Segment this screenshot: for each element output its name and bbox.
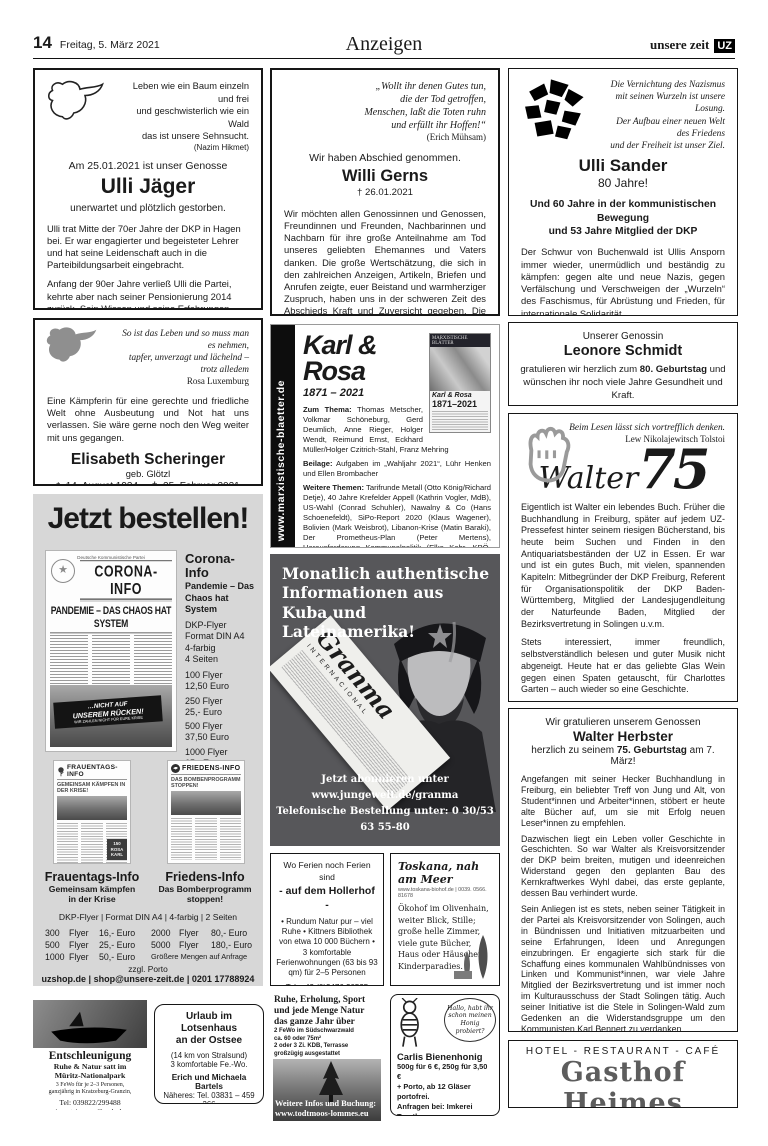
ad-title: Ruhe, Erholung, Sport und jede Menge Nat…: [274, 995, 380, 1027]
greeting-paragraph: Eigentlich ist Walter ein lebendes Buch.…: [521, 502, 725, 631]
entschleunigung-ad: Entschleunigung Ruhe & Natur satt im Mür…: [33, 1000, 147, 1110]
greeting-paragraph: Der Schwur von Buchenwald ist Ullis Ansp…: [521, 246, 725, 316]
ad-category-line: HOTEL - RESTAURANT - CAFÉ: [517, 1046, 729, 1057]
price-amount: 25,- Euro: [99, 940, 135, 950]
ad-phone: Tel: +43 (0)3476 20525: [276, 983, 378, 986]
flyer-masthead: FRIEDENS-INFO: [182, 765, 240, 772]
deceased-name: Willi Gerns: [284, 167, 486, 186]
dkp-star-logo-icon: ★: [51, 559, 75, 583]
heading-line: Monatlich authentische: [282, 564, 500, 583]
vertical-url: www.marxistische-blaetter.de: [275, 380, 287, 541]
ad-body-line: weiter Blick, Stille;: [398, 915, 492, 927]
order-detail: DKP-Flyer: [185, 620, 257, 631]
magazine-cover-thumbnail: MARXISTISCHE BLÄTTER Karl & Rosa 1871–20…: [429, 333, 491, 433]
format-line: DKP-Flyer | Format DIN A4 | 4-farbig | 2…: [33, 912, 263, 922]
ad-detail-line: 500g für 6 €, 250g für 3,50 €: [397, 1062, 493, 1082]
greeting-walter-herbster: Wir gratulieren unserem Genossen Walter …: [508, 708, 738, 1032]
price-qty: 1000: [45, 952, 69, 964]
jubilar-name: Leonore Schmidt: [517, 343, 729, 359]
flyer-subtitle: stoppen!: [151, 894, 259, 904]
price-amount: 37,50 Euro: [185, 732, 257, 743]
price-qty: 300: [45, 928, 69, 940]
price-unit: Flyer: [179, 928, 211, 940]
paper-masthead: unsere zeitUZ: [650, 36, 735, 54]
granma-ad: Monatlich authentische Informationen aus…: [270, 554, 500, 846]
greeting-paragraph: Stets interessiert, immer freundlich, se…: [521, 637, 725, 695]
todtmoos-ad: Ruhe, Erholung, Sport und jede Menge Nat…: [270, 992, 384, 1124]
jubilee-bold-lines: Und 60 Jahre in der kommunistischen Bewe…: [521, 198, 725, 238]
bold-line: Und 60 Jahre in der kommunistischen Bewe…: [521, 198, 725, 225]
protest-banner: …NICHT AUF UNSEREM RÜCKEN! WIR ZAHLEN NI…: [53, 695, 163, 728]
order-detail: 4 Seiten: [185, 654, 257, 665]
price-qty: 100 Flyer: [185, 670, 257, 681]
peace-dove-icon: [43, 78, 107, 128]
order-heading: Corona-Info: [185, 552, 257, 579]
ad-email: joergtrinogga@web.de: [33, 1107, 147, 1110]
price-pair: 500 Flyer37,50 Euro: [185, 721, 257, 744]
obituary-willi-gerns: „Wollt ihr denen Gutes tun, die der Tod …: [270, 68, 500, 316]
cover-collage: [430, 347, 490, 391]
price-qty: 1000 Flyer: [185, 747, 257, 758]
quote-line: und geschwisterlich wie ein Wald: [125, 105, 249, 130]
greeting-leonore-schmidt: Unserer Genossin Leonore Schmidt gratuli…: [508, 322, 738, 406]
ad-title: an der Ostsee: [159, 1035, 259, 1047]
ad-subtitle: Ruhe & Natur satt im: [33, 1062, 147, 1071]
quote-line: Menschen, laßt die Toten ruhn: [284, 106, 486, 119]
price-note: Größere Mengen auf Anfrage: [151, 952, 259, 962]
page-header: 14Freitag, 5. März 2021 Anzeigen unsere …: [33, 33, 735, 56]
price-table-left: 300Flyer16,- Euro 500Flyer25,- Euro 1000…: [45, 928, 145, 964]
boat-silhouette-icon: [41, 1010, 137, 1046]
ad-phone: Tel: 039822/299488: [33, 1098, 147, 1107]
entschleunigung-text: Entschleunigung Ruhe & Natur satt im Mür…: [33, 1050, 147, 1110]
gerns-quote: „Wollt ihr denen Gutes tun, die der Tod …: [284, 80, 486, 144]
price-amount: 50,- Euro: [99, 952, 135, 962]
quote-line: Der Aufbau einer neuen Welt des Friedens: [605, 116, 725, 140]
ad-detail: 3 komfortable Fe.-Wo.: [159, 1060, 259, 1069]
greeting-ulli-sander: Die Vernichtung des Nazismus mit seinen …: [508, 68, 738, 316]
flyer-title: Frauentags-Info: [37, 870, 147, 884]
price-pair: 250 Flyer25,- Euro: [185, 696, 257, 719]
price-table-right: 2000Flyer80,- Euro 5000Flyer180,- Euro G…: [151, 928, 259, 962]
obituary-paragraph: Ulli trat Mitte der 70er Jahre der DKP i…: [47, 223, 249, 272]
price-qty: 250 Flyer: [185, 696, 257, 707]
cypress-trees-icon: [453, 933, 495, 981]
ad-title: Gasthof Heimes: [517, 1057, 729, 1108]
jubilar-name: Walter Herbster: [521, 729, 725, 744]
quote-line: Leben wie ein Baum einzeln und frei: [125, 80, 249, 105]
cover-years: 1871–2021: [432, 399, 488, 409]
ad-detail-line: + Porto, ab 12 Gläser portofrei.: [397, 1082, 493, 1102]
flyer-text-columns: [171, 818, 241, 860]
cover-masthead: MARXISTISCHE BLÄTTER: [430, 334, 490, 347]
ad-body-line: Ökohof im Olivenhain,: [398, 903, 492, 915]
jubilee-age: 80 Jahre!: [521, 176, 725, 190]
price-row: 5000Flyer180,- Euro: [151, 940, 259, 952]
shop-contact: uzshop.de | shop@unsere-zeit.de | 0201 1…: [33, 974, 263, 984]
dove-circle-icon: [171, 764, 180, 773]
ad-detail-line: großzügig ausgestattet: [274, 1051, 380, 1059]
bienenhonig-ad: Hallo, habt ihr schon meinen Honig probi…: [390, 994, 500, 1116]
lotsenhaus-ad: Urlaub im Lotsenhaus an der Ostsee (14 k…: [154, 1004, 264, 1104]
corona-order-info: Corona-Info Pandemie – Das Chaos hat Sys…: [185, 552, 257, 795]
uz-shop-ad: Jetzt bestellen! Deutsche Kommunistische…: [33, 494, 263, 986]
quote-line: mit seinen Wurzeln ist unsere Losung.: [605, 91, 725, 115]
porto-note: zzgl. Porto: [33, 964, 263, 974]
ad-intro: Wo Ferien noch Ferien sind: [276, 860, 378, 883]
subscribe-line: Jetzt abonnieren unter www.jungewelt.de/…: [270, 772, 500, 804]
price-row: 500Flyer25,- Euro: [45, 940, 145, 952]
quote-line: und der Freiheit ist unser Ziel.: [605, 140, 725, 152]
flyer-headline: DAS BOMBENPROGRAMM STOPPEN!: [171, 777, 241, 789]
ad-subtitle: Müritz-Nationalpark: [33, 1071, 147, 1080]
landscape-photo: Weitere Infos und Buchung: www.todtmoos-…: [273, 1059, 381, 1121]
bee-cartoon-icon: [396, 998, 430, 1050]
deceased-name: Ulli Jäger: [47, 175, 249, 199]
flyer-headline: GEMEINSAM KÄMPFEN IN DER KRISE!: [57, 782, 127, 794]
rose-icon: [57, 766, 65, 777]
quote-line: und erfüllt ihr Hoffen!“: [284, 119, 486, 132]
ad-details: 500g für 6 €, 250g für 3,50 € + Porto, a…: [397, 1062, 493, 1116]
frauentags-title-block: Frauentags-Info Gemeinsam kämpfen in der…: [37, 870, 147, 905]
greeting-text-bold: 80. Geburtstag: [640, 364, 707, 375]
obituary-intro: Wir haben Abschied genommen.: [284, 152, 486, 164]
heading-line: Kuba und Lateinamerika!: [282, 603, 500, 642]
ad-title: Entschleunigung: [33, 1050, 147, 1062]
flyer-masthead-row: FRIEDENS-INFO: [171, 764, 241, 775]
topic-text: Tarifrunde Metall (Otto König/Richard De…: [303, 483, 491, 548]
quote-attribution: (Erich Mühsam): [284, 132, 486, 144]
heading-line: Informationen aus: [282, 583, 500, 602]
topic-label: Beilage:: [303, 459, 333, 468]
flyer-masthead: FRAUENTAGS-INFO: [67, 764, 127, 778]
paper-name: unsere zeit: [650, 37, 709, 52]
quote-line: das ist unsere Sehnsucht.: [125, 130, 249, 143]
friedens-flyer-preview: FRIEDENS-INFO DAS BOMBENPROGRAMM STOPPEN…: [167, 760, 245, 864]
order-detail: 4-farbig: [185, 643, 257, 654]
phone-line: Telefonische Bestellung unter: 0 30/53 6…: [270, 804, 500, 836]
greeting-walter-75: Beim Lesen lässt sich vortrefflich denke…: [508, 413, 738, 702]
quote-line: „Wollt ihr denen Gutes tun,: [284, 80, 486, 93]
uz-logo: UZ: [714, 39, 735, 53]
death-date: † 26.01.2021: [284, 187, 486, 198]
price-amount: 180,- Euro: [211, 940, 252, 950]
obituary-intro: Am 25.01.2021 ist unser Genosse: [47, 160, 249, 172]
header-rule: [33, 58, 735, 59]
ad-footer-line: Weitere Infos und Buchung:: [275, 1099, 379, 1109]
ad-footer-line: www.todtmoos-lommes.eu: [275, 1109, 379, 1119]
greeting-text-bold: 75. Geburtstag: [617, 745, 687, 756]
price-pair: 100 Flyer12,50 Euro: [185, 670, 257, 693]
jubilar-name: Ulli Sander: [521, 156, 725, 176]
ad-detail-line: Anfragen bei: Imkerei Trauth,: [397, 1102, 493, 1116]
ad-contact-line: www.toskana-biohof.de | 0039. 0566. 8167…: [398, 887, 492, 899]
price-amount: 80,- Euro: [211, 928, 247, 938]
hollerhof-ad: Wo Ferien noch Ferien sind - auf dem Hol…: [270, 853, 384, 986]
greeting-intro: Unserer Genossin: [517, 331, 729, 342]
flyer-photo: [171, 791, 241, 815]
bold-line: und 53 Jahre Mitglied der DKP: [521, 225, 725, 238]
topic-label: Weitere Themen:: [303, 483, 364, 492]
shop-ad-title: Jetzt bestellen!: [33, 502, 263, 536]
boat-photo: [33, 1000, 147, 1048]
quote-line: die der Tod getroffen,: [284, 93, 486, 106]
ad-footer: Weitere Infos und Buchung: www.todtmoos-…: [275, 1099, 379, 1119]
scheringer-quote: So ist das Leben und so muss man es nehm…: [117, 328, 249, 388]
gray-dove-icon: [41, 324, 101, 370]
ad-phone: Näheres: Tel. 03831 – 459 366: [159, 1091, 259, 1104]
frauentags-flyer-preview: FRAUENTAGS-INFO GEMEINSAM KÄMPFEN IN DER…: [53, 760, 131, 864]
ad-detail-line: 2 oder 3 Zi. KDB, Terrasse: [274, 1043, 380, 1051]
price-qty: 500: [45, 940, 69, 952]
rosa-karl-badge: 150 ROSA KARL: [107, 839, 127, 860]
flyer-text-columns: [50, 635, 172, 687]
quote-line: Die Vernichtung des Nazismus: [605, 79, 725, 91]
greeting-text: gratulieren wir herzlich zum: [520, 364, 639, 375]
script-number: 75: [638, 437, 707, 501]
ad-title: Carlis Bienenhonig: [397, 1051, 493, 1062]
ad-title-line: und jede Menge Natur: [274, 1006, 380, 1017]
speech-bubble: Hallo, habt ihr schon meinen Honig probi…: [444, 998, 496, 1042]
ad-title: Urlaub im Lotsenhaus: [159, 1011, 259, 1035]
flyer-subtitle: in der Krise: [37, 894, 147, 904]
vertical-url-strip: www.marxistische-blaetter.de: [271, 325, 295, 547]
price-qty: 5000: [151, 940, 179, 952]
flyer-masthead: CORONA-INFO: [80, 560, 172, 600]
price-qty: 500 Flyer: [185, 721, 257, 732]
order-detail: Format DIN A4: [185, 631, 257, 642]
greeting-text: herzlich zu seinem: [531, 745, 617, 756]
friedens-title-block: Friedens-Info Das Bomberprogramm stoppen…: [151, 870, 259, 905]
obituary-paragraph: Anfang der 90er Jahre verließ Ulli die P…: [47, 278, 249, 310]
corona-flyer-preview: Deutsche Kommunistische Partei ★ CORONA-…: [45, 550, 177, 752]
karl-rosa-content: MARXISTISCHE BLÄTTER Karl & Rosa 1871–20…: [303, 333, 491, 541]
price-amount: 12,50 Euro: [185, 681, 257, 692]
ad-details: 2 FeWo im Südschwarzwald ca. 60 oder 75m…: [274, 1028, 380, 1058]
ad-contact-names: Erich und Michaela Bartels: [159, 1073, 259, 1091]
section-title: Anzeigen: [33, 33, 735, 56]
gasthof-heimes-ad: HOTEL - RESTAURANT - CAFÉ Gasthof Heimes…: [508, 1040, 738, 1108]
newspaper-page: 14Freitag, 5. März 2021 Anzeigen unsere …: [0, 0, 768, 1146]
order-subheading: Pandemie – Das Chaos hat System: [185, 581, 257, 615]
price-row: 1000Flyer50,- Euro: [45, 952, 145, 964]
buchenwald-memorial-logo: [521, 79, 589, 141]
greeting-intro: Wir gratulieren unserem Genossen: [521, 717, 725, 728]
greeting-paragraph: Angefangen mit seiner Hecker Buchhandlun…: [521, 774, 725, 829]
flyer-title: Friedens-Info: [151, 870, 259, 884]
flyer-subtitle: Gemeinsam kämpfen: [37, 884, 147, 894]
quote-attribution: Rosa Luxemburg: [117, 376, 249, 388]
price-qty: 2000: [151, 928, 179, 940]
deceased-name: Elisabeth Scheringer: [47, 451, 249, 469]
sander-quote: Die Vernichtung des Nazismus mit seinen …: [605, 79, 725, 152]
toskana-ad: Toskana, nah am Meer www.toskana-biohof.…: [390, 853, 500, 986]
flyer-subtitle: Das Bomberprogramm: [151, 884, 259, 894]
ad-detail: (14 km von Stralsund): [159, 1051, 259, 1060]
ad-detail: ganzjährig in Kratzeburg-Granzin,: [33, 1089, 147, 1097]
ad-detail-line: 2 FeWo im Südschwarzwald: [274, 1028, 380, 1036]
quote-line: tapfer, unverzagt und lächelnd – trotz a…: [117, 352, 249, 376]
quote-line: So ist das Leben und so muss man es nehm…: [117, 328, 249, 352]
obituary-paragraph: Wir möchten allen Genossinnen und Genoss…: [284, 208, 486, 316]
ad-title-line: das ganze Jahr über: [274, 1017, 380, 1028]
price-unit: Flyer: [179, 940, 211, 952]
flyer-headline: PANDEMIE – DAS CHAOS HAT SYSTEM: [50, 604, 172, 634]
ad-title: Toskana, nah am Meer: [398, 860, 492, 886]
price-unit: Flyer: [69, 940, 99, 952]
raised-fist-icon: [519, 424, 573, 486]
price-unit: Flyer: [69, 928, 99, 940]
granma-heading: Monatlich authentische Informationen aus…: [282, 564, 500, 642]
obituary-subtitle: unerwartet und plötzlich gestorben.: [47, 203, 249, 214]
maiden-name: geb. Glötzl: [47, 469, 249, 479]
price-unit: Flyer: [69, 952, 99, 964]
quote-attribution: (Nazim Hikmet): [125, 143, 249, 154]
ad-body: • Rundum Natur pur – viel Ruhe • Kittner…: [276, 917, 378, 979]
cover-title: Karl & Rosa: [432, 392, 488, 399]
granma-footer: Jetzt abonnieren unter www.jungewelt.de/…: [270, 772, 500, 836]
price-amount: 16,- Euro: [99, 928, 135, 938]
ad-detail-line: ca. 60 oder 75m²: [274, 1036, 380, 1044]
greeting-paragraph: Dazwischen liegt ein Leben voller Geschi…: [521, 834, 725, 899]
price-row: 300Flyer16,- Euro: [45, 928, 145, 940]
obituary-elisabeth-scheringer: So ist das Leben und so muss man es nehm…: [33, 318, 263, 486]
obituary-paragraph: Eine Kämpferin für eine gerechte und fri…: [47, 395, 249, 444]
ad-detail: 3 FeWo für je 2–3 Personen,: [33, 1082, 147, 1090]
price-row: 2000Flyer80,- Euro: [151, 928, 259, 940]
flyer-photo: [57, 796, 127, 820]
topic-label: Zum Thema:: [303, 405, 352, 414]
life-dates: * 14. August 1934 † 25. Februar 2021: [47, 481, 249, 486]
flyer-masthead-row: FRAUENTAGS-INFO: [57, 764, 127, 780]
marxistische-blaetter-ad: www.marxistische-blaetter.de MARXISTISCH…: [270, 324, 500, 548]
price-amount: 25,- Euro: [185, 707, 257, 718]
ad-title: - auf dem Hollerhof -: [276, 884, 378, 912]
greeting-paragraph: Sein Anliegen ist es stets, neben seiner…: [521, 904, 725, 1032]
obituary-ulli-jaeger: Leben wie ein Baum einzeln und frei und …: [33, 68, 263, 310]
jaeger-quote: Leben wie ein Baum einzeln und frei und …: [125, 80, 249, 154]
flyer-protest-photo: …NICHT AUF UNSEREM RÜCKEN! WIR ZAHLEN NI…: [50, 685, 172, 747]
ad-title-line: Ruhe, Erholung, Sport: [274, 995, 380, 1006]
